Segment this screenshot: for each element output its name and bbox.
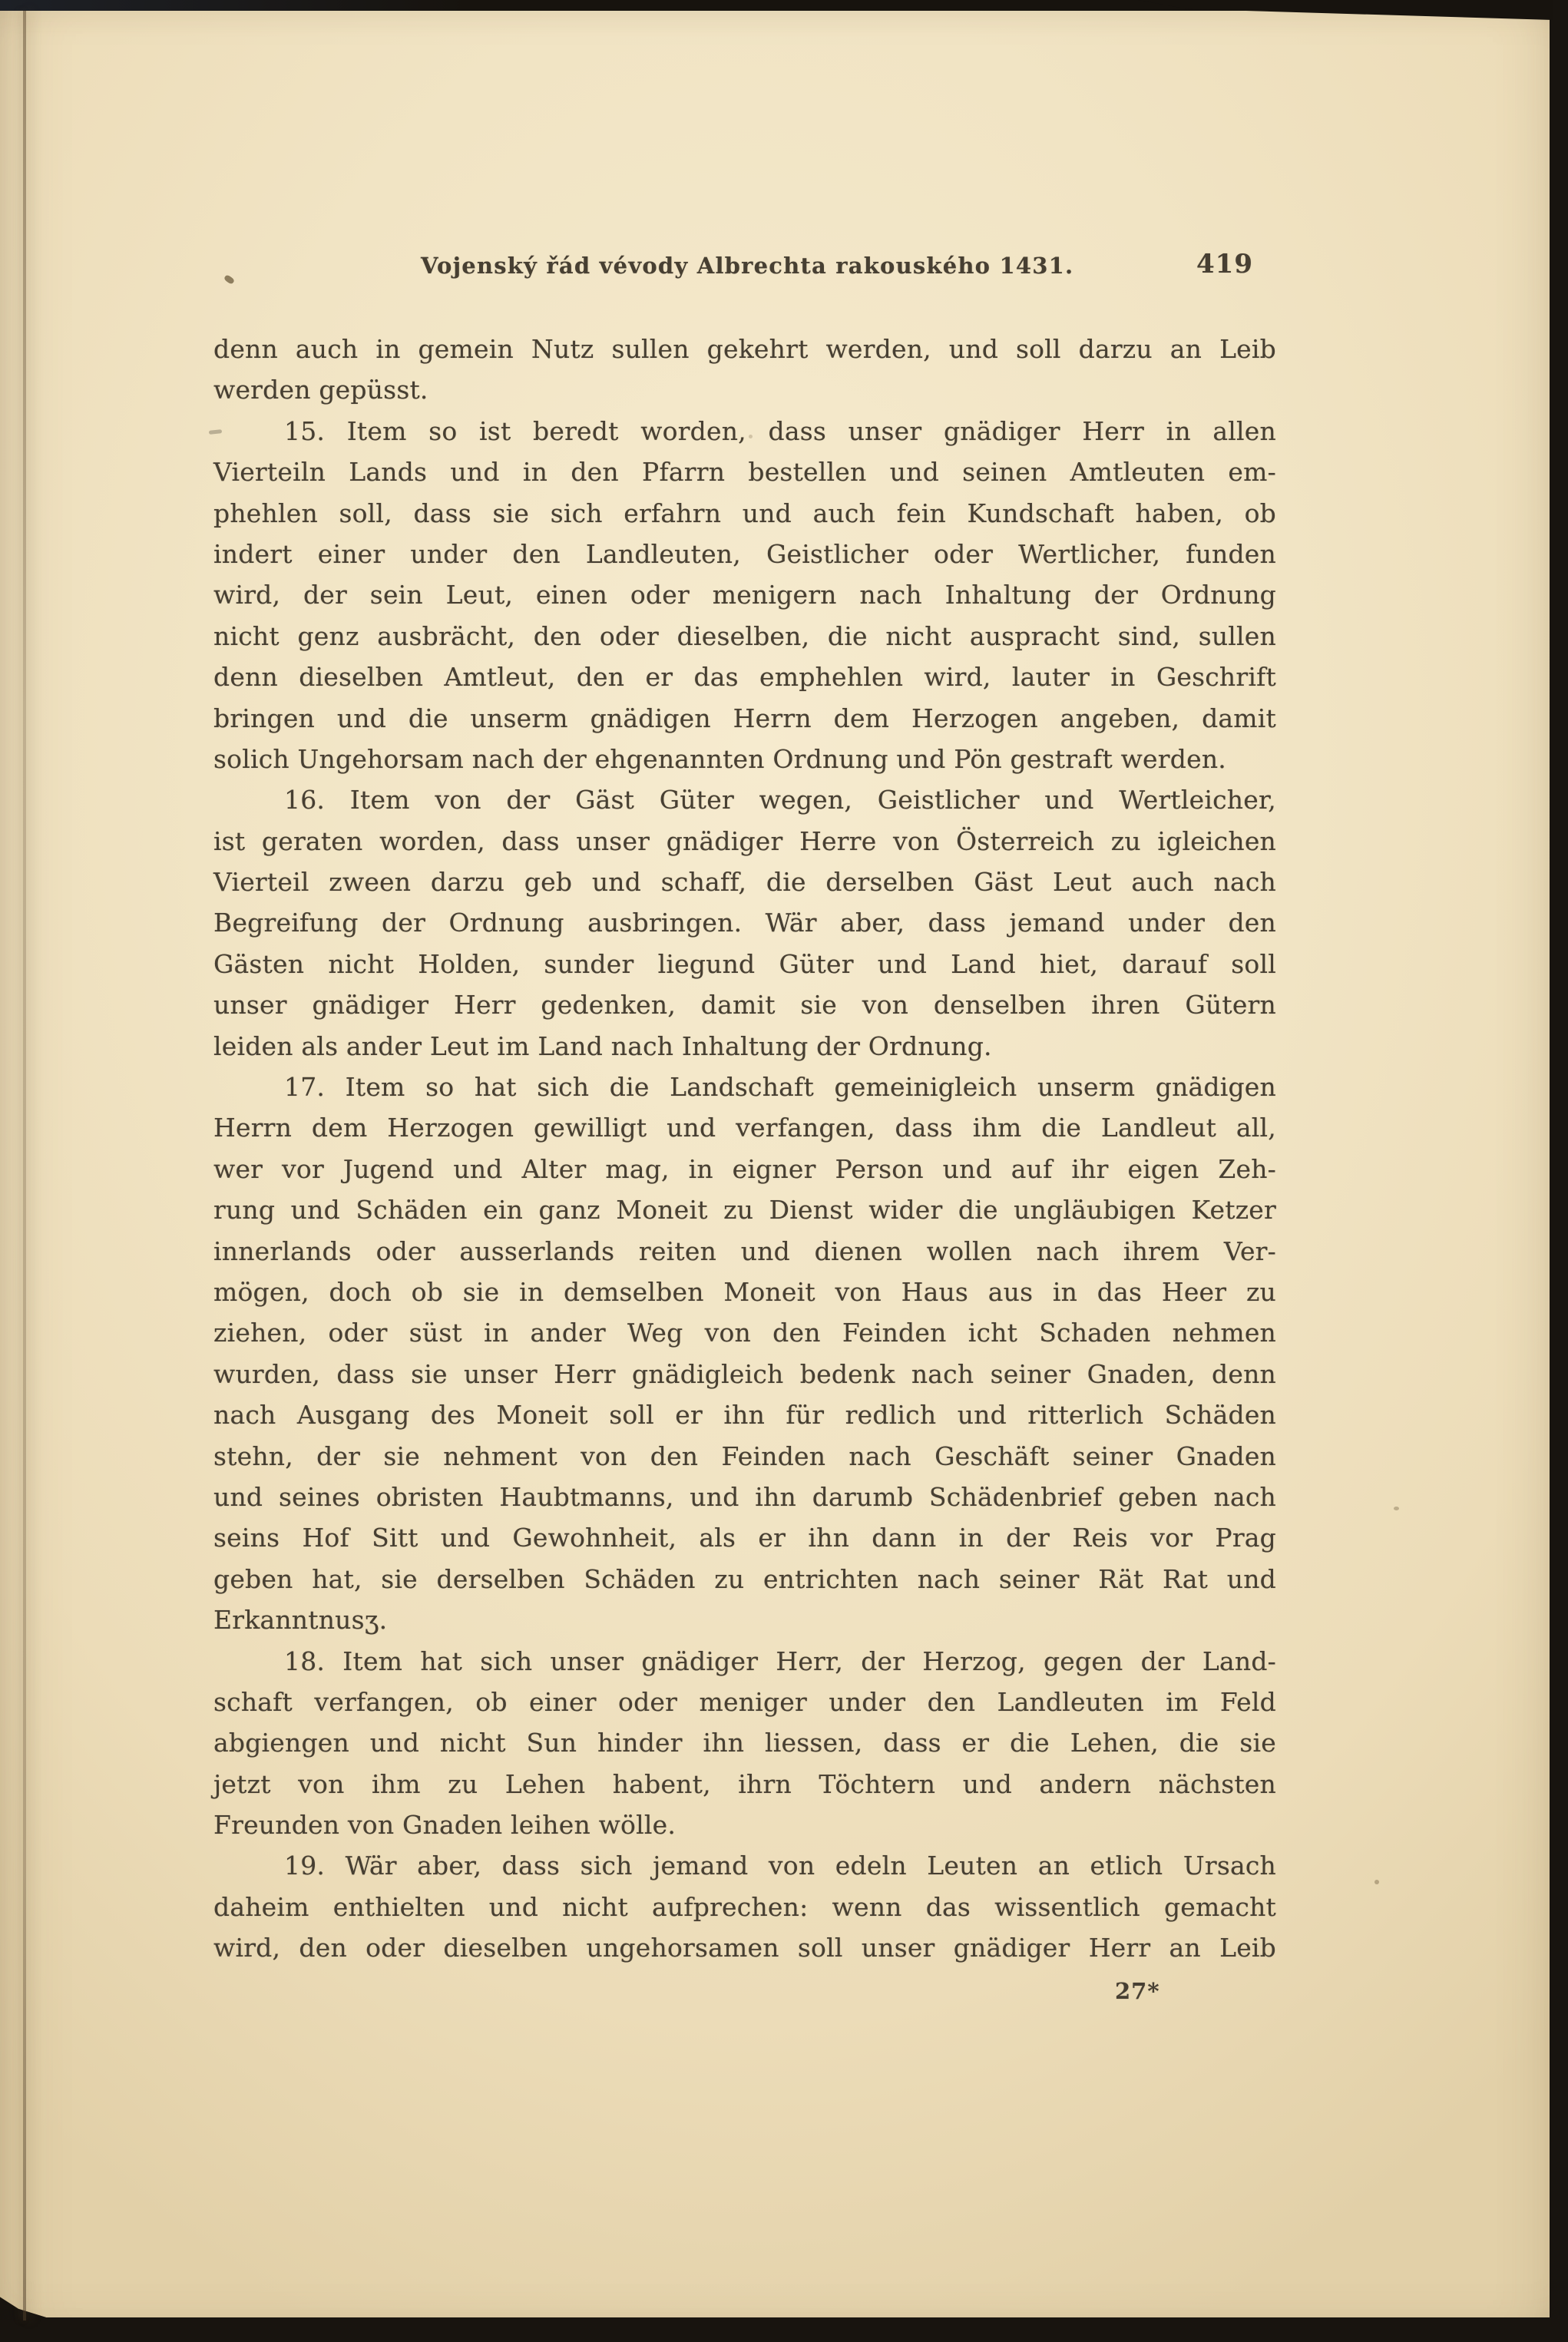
text-line paragraph-17-start: 17. Item so hat sich die Landschaft geme… — [213, 1067, 1276, 1107]
text-line: jetzt von ihm zu Lehen habent, ihrn Töch… — [213, 1764, 1276, 1804]
text-line paragraph-16-start: 16. Item von der Gäst Güter wegen, Geist… — [213, 779, 1276, 820]
signature-mark: 27* — [1115, 1978, 1160, 2004]
text-line: ziehen, oder süst in ander Weg von den F… — [213, 1312, 1276, 1353]
scan-speck — [1374, 1880, 1379, 1884]
scan-speck — [223, 274, 235, 285]
text-line: leiden als ander Leut im Land nach Inhal… — [213, 1026, 1276, 1067]
text-line: indert einer under den Landleuten, Geist… — [213, 534, 1276, 574]
text-line: innerlands oder ausserlands reiten und d… — [213, 1231, 1276, 1272]
text-line: wird, der sein Leut, einen oder menigern… — [213, 574, 1276, 615]
text-line: bringen und die unserm gnädigen Herrn de… — [213, 698, 1276, 739]
text-line: nach Ausgang des Moneit soll er ihn für … — [213, 1394, 1276, 1435]
body-text: denn auch in gemein Nutz sullen gekehrt … — [213, 329, 1276, 1969]
text-line: Vierteil zween darzu geb und schaff, die… — [213, 862, 1276, 902]
text-line: geben hat, sie derselben Schäden zu entr… — [213, 1559, 1276, 1599]
text-line: nicht genz ausbrächt, den oder dieselben… — [213, 616, 1276, 657]
text-line: Begreifung der Ordnung ausbringen. Wär a… — [213, 902, 1276, 943]
running-title: Vojenský řád vévody Albrechta rakouského… — [421, 253, 1073, 279]
text-line: daheim enthielten und nicht aufprechen: … — [213, 1887, 1276, 1927]
text-line: solich Ungehorsam nach der ehgenannten O… — [213, 739, 1276, 779]
scan-border-right — [1550, 0, 1568, 2342]
text-line: rung und Schäden ein ganz Moneit zu Dien… — [213, 1189, 1276, 1230]
scan-border-bottom — [0, 2317, 1568, 2342]
text-line: Freunden von Gnaden leihen wölle. — [213, 1804, 1276, 1845]
text-line: phehlen soll, dass sie sich erfahrn und … — [213, 493, 1276, 534]
text-line: wurden, dass sie unser Herr gnädigleich … — [213, 1354, 1276, 1394]
text-line: Vierteiln Lands und in den Pfarrn bestel… — [213, 452, 1276, 492]
text-line: und seines obristen Haubtmanns, und ihn … — [213, 1477, 1276, 1517]
text-line: abgiengen und nicht Sun hinder ihn liess… — [213, 1722, 1276, 1763]
text-line: denn dieselben Amtleut, den er das emphe… — [213, 657, 1276, 697]
text-line: mögen, doch ob sie in demselben Moneit v… — [213, 1272, 1276, 1312]
scanned-book-page: Vojenský řád vévody Albrechta rakouského… — [0, 0, 1568, 2342]
text-line: seins Hof Sitt und Gewohnheit, als er ih… — [213, 1517, 1276, 1558]
text-line: schaft verfangen, ob einer oder meniger … — [213, 1682, 1276, 1722]
text-line: wird, den oder dieselben ungehorsamen so… — [213, 1927, 1276, 1968]
scan-speck — [749, 435, 753, 438]
text-line: wer vor Jugend und Alter mag, in eigner … — [213, 1149, 1276, 1189]
page-number: 419 — [1196, 249, 1253, 280]
text-line paragraph-19-start: 19. Wär aber, dass sich jemand von edeln… — [213, 1845, 1276, 1886]
text-line: ist geraten worden, dass unser gnädiger … — [213, 821, 1276, 862]
text-line: stehn, der sie nehment von den Feinden n… — [213, 1436, 1276, 1477]
text-line: Gästen nicht Holden, sunder liegund Güte… — [213, 944, 1276, 984]
text-line: werden gepüsst. — [213, 369, 1276, 410]
scan-speck — [1394, 1507, 1399, 1510]
text-line paragraph-15-start: 15. Item so ist beredt worden, dass unse… — [213, 411, 1276, 452]
page-gutter-crease — [23, 11, 26, 2320]
text-line: denn auch in gemein Nutz sullen gekehrt … — [213, 329, 1276, 369]
text-line paragraph-18-start: 18. Item hat sich unser gnädiger Herr, d… — [213, 1641, 1276, 1682]
text-line: unser gnädiger Herr gedenken, damit sie … — [213, 984, 1276, 1025]
text-line: Erkanntnusʒ. — [213, 1599, 1276, 1640]
text-line: Herrn dem Herzogen gewilligt und verfang… — [213, 1107, 1276, 1148]
